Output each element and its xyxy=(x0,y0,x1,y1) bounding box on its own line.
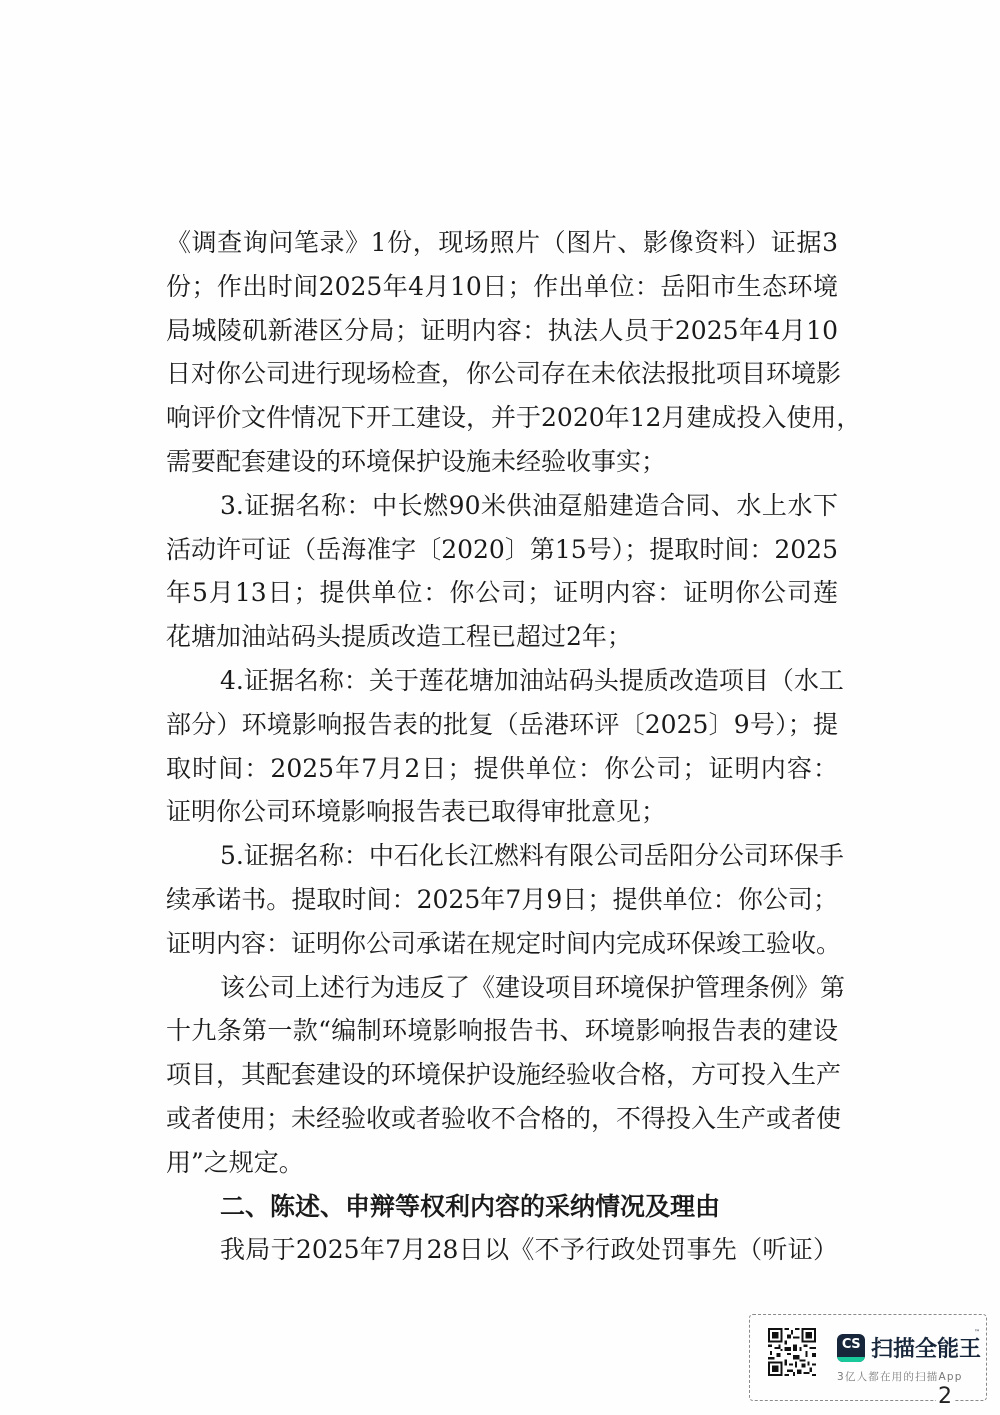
page-number: 2 xyxy=(936,1386,954,1408)
section-heading: 二、陈述、申辩等权利内容的采纳情况及理由 xyxy=(166,1185,838,1229)
evidence-3-line: 3.证据名称：中长燃90米供油趸船建造合同、水上水下 xyxy=(166,484,838,528)
violation-paragraph-line: 该公司上述行为违反了《建设项目环境保护管理条例》第 xyxy=(166,966,838,1010)
brand-name: 扫描全能王 xyxy=(871,1332,981,1363)
logo-accent-bar xyxy=(837,1357,865,1362)
brand-tagline: 3亿人都在用的扫描App xyxy=(837,1369,963,1384)
text-line: 十九条第一款“编制环境影响报告书、环境影响报告表的建设 xyxy=(166,1009,838,1053)
text-line: 日对你公司进行现场检查，你公司存在未依法报批项目环境影 xyxy=(166,352,838,396)
text-line: 我局于2025年7月28日以《不予行政处罚事先（听证） xyxy=(166,1228,838,1272)
text-line: 份；作出时间2025年4月10日；作出单位：岳阳市生态环境 xyxy=(166,265,838,309)
evidence-5-line: 5.证据名称：中石化长江燃料有限公司岳阳分公司环保手 xyxy=(166,834,838,878)
text-line: 或者使用；未经验收或者验收不合格的，不得投入生产或者使 xyxy=(166,1097,838,1141)
text-line: 用”之规定。 xyxy=(166,1141,838,1185)
text-line: 证明你公司环境影响报告表已取得审批意见； xyxy=(166,790,838,834)
text-line: 续承诺书。提取时间：2025年7月9日；提供单位：你公司； xyxy=(166,878,838,922)
text-line: 部分）环境影响报告表的批复（岳港环评〔2025〕9号）；提 xyxy=(166,703,838,747)
text-line: 取时间：2025年7月2日；提供单位：你公司；证明内容： xyxy=(166,747,838,791)
trademark-mark: ™ xyxy=(974,1329,980,1336)
text-line: 年5月13日；提供单位：你公司；证明内容：证明你公司莲 xyxy=(166,571,838,615)
text-line: 项目，其配套建设的环境保护设施经验收合格，方可投入生产 xyxy=(166,1053,838,1097)
evidence-4-line: 4.证据名称：关于莲花塘加油站码头提质改造项目（水工 xyxy=(166,659,838,703)
text-line: 需要配套建设的环境保护设施未经验收事实； xyxy=(166,440,838,484)
text-line: 局城陵矶新港区分局；证明内容：执法人员于2025年4月10 xyxy=(166,309,838,353)
camscanner-logo-icon: CS xyxy=(837,1334,865,1362)
qr-code-icon xyxy=(766,1325,818,1379)
text-line: 《调查询问笔录》1份，现场照片（图片、影像资料）证据3 xyxy=(166,221,838,265)
text-line: 证明内容：证明你公司承诺在规定时间内完成环保竣工验收。 xyxy=(166,922,838,966)
document-page: 《调查询问笔录》1份，现场照片（图片、影像资料）证据3 份；作出时间2025年4… xyxy=(0,0,1000,1415)
document-body: 《调查询问笔录》1份，现场照片（图片、影像资料）证据3 份；作出时间2025年4… xyxy=(166,221,838,1272)
logo-badge-text: CS xyxy=(837,1337,865,1352)
text-line: 活动许可证（岳海准字〔2020〕第15号）；提取时间：2025 xyxy=(166,528,838,572)
text-line: 响评价文件情况下开工建设，并于2020年12月建成投入使用， xyxy=(166,396,838,440)
text-line: 花塘加油站码头提质改造工程已超过2年； xyxy=(166,615,838,659)
